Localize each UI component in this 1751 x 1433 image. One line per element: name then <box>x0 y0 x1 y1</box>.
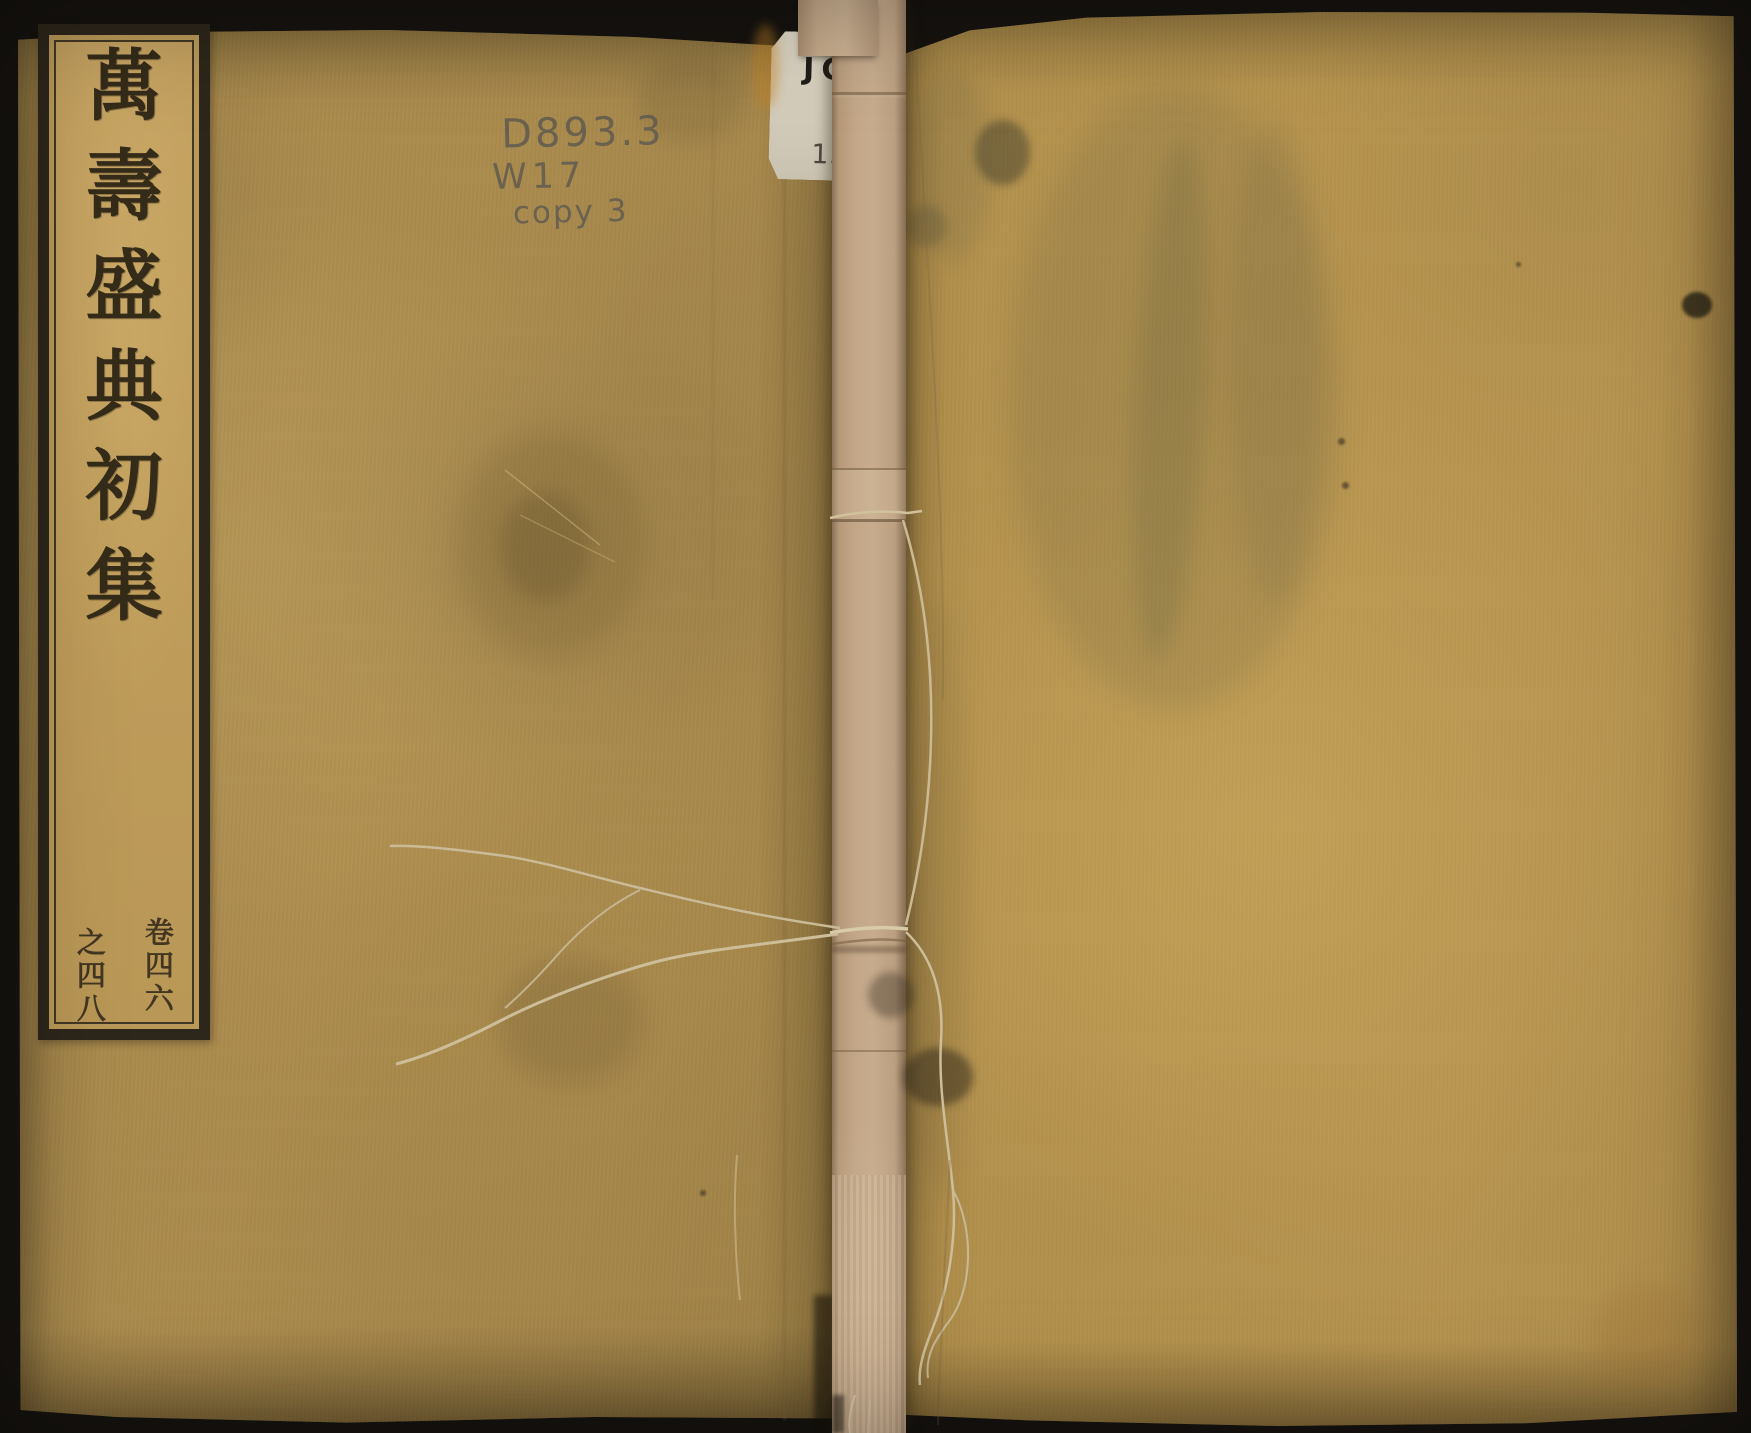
volume-note-right: 卷四六 <box>141 917 173 1016</box>
spine-strip <box>832 0 906 1433</box>
spine-seam <box>832 92 906 95</box>
spine-seam <box>832 1050 906 1052</box>
title-text: 萬 壽 盛 典 初 集 <box>49 49 199 626</box>
spine-tear <box>832 1395 844 1433</box>
speck <box>1516 262 1521 267</box>
call-number-line: W17 <box>492 154 666 198</box>
speck <box>1338 438 1345 445</box>
title-char: 盛 <box>86 249 163 326</box>
tie-shadow <box>832 946 906 953</box>
title-char: 集 <box>86 549 163 626</box>
book-photo: D893.3 W17 copy 3 JG 13 萬 壽 盛 典 初 集 卷四六 … <box>0 0 1751 1433</box>
title-char: 壽 <box>86 149 163 226</box>
title-char: 典 <box>86 349 163 426</box>
spine-gap-shadow <box>814 1295 834 1433</box>
title-char: 初 <box>86 449 163 526</box>
call-number-line: copy 3 <box>513 192 667 231</box>
title-label: 萬 壽 盛 典 初 集 卷四六 之四八 <box>38 24 210 1040</box>
call-number: D893.3 W17 copy 3 <box>491 108 667 232</box>
volume-note-left: 之四八 <box>73 927 105 1026</box>
spine-seam <box>832 519 906 522</box>
spine-waist <box>832 470 906 520</box>
speck <box>1342 482 1349 489</box>
call-number-line: D893.3 <box>501 108 665 157</box>
speck <box>700 1190 706 1196</box>
back-cover <box>903 12 1737 1426</box>
title-char: 萬 <box>86 49 163 126</box>
spine-top-tab <box>798 0 878 56</box>
